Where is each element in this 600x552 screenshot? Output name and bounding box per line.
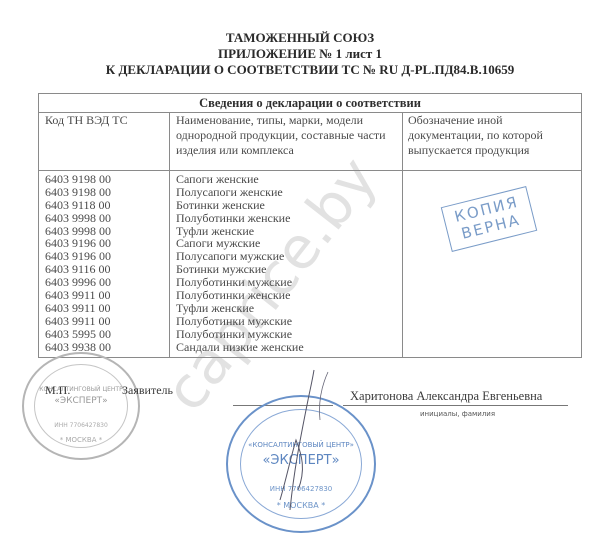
table-caption: Сведения о декларации о соответствии <box>39 94 581 113</box>
table-cell-name: Сапоги женские <box>176 173 304 186</box>
handwritten-signature-icon <box>250 360 340 520</box>
applicant-label: Заявитель <box>122 383 173 398</box>
table-cell-code: 6403 5995 00 <box>45 328 111 341</box>
table-cell-code: 6403 9911 00 <box>45 302 111 315</box>
seal-inn: ИНН 7706427830 <box>24 422 138 429</box>
document-title-2: ПРИЛОЖЕНИЕ № 1 лист 1 <box>60 46 540 62</box>
table-cell-name: Полуботинки мужские <box>176 328 304 341</box>
table-cell-name: Сандали низкие женские <box>176 341 304 354</box>
table-cell-code: 6403 9118 00 <box>45 199 111 212</box>
signatory-caption: инициалы, фамилия <box>420 410 495 418</box>
document-title-3: К ДЕКЛАРАЦИИ О СООТВЕТСТВИИ ТС № RU Д-PL… <box>70 62 550 78</box>
seal-top-text: КОНСАЛТИНГОВЫЙ ЦЕНТР <box>24 386 138 393</box>
column-header-code: Код ТН ВЭД ТС <box>45 113 128 128</box>
table-cell-name: Туфли женские <box>176 302 304 315</box>
table-cell-name: Полусапоги женские <box>176 186 304 199</box>
name-line <box>343 405 568 406</box>
header-divider <box>39 170 581 171</box>
mp-label: М.П. <box>45 383 70 398</box>
column-divider <box>402 171 403 357</box>
table-cell-name: Полуботинки мужские <box>176 315 304 328</box>
document-title-1: ТАМОЖЕННЫЙ СОЮЗ <box>60 30 540 46</box>
table-cell-code: 6403 9198 00 <box>45 173 111 186</box>
table-cell-name: Полуботинки женские <box>176 212 304 225</box>
table-cell-code: 6403 9198 00 <box>45 186 111 199</box>
column-divider <box>402 112 403 171</box>
table-cell-code: 6403 9911 00 <box>45 289 111 302</box>
column-header-name: Наименование, типы, марки, модели одноро… <box>176 113 398 158</box>
signatory-name: Харитонова Александра Евгеньевна <box>350 389 542 404</box>
name-column: Сапоги женскиеПолусапоги женскиеБотинки … <box>176 173 304 353</box>
table-cell-code: 6403 9911 00 <box>45 315 111 328</box>
table-cell-name: Полуботинки женские <box>176 289 304 302</box>
seal-city: * МОСКВА * <box>24 436 138 444</box>
seal-name: «ЭКСПЕРТ» <box>24 396 138 406</box>
column-header-documentation: Обозначение иной документации, по которо… <box>408 113 578 158</box>
seal-left: КОНСАЛТИНГОВЫЙ ЦЕНТР «ЭКСПЕРТ» ИНН 77064… <box>22 352 140 460</box>
table-cell-code: 6403 9998 00 <box>45 212 111 225</box>
column-divider <box>169 112 170 357</box>
table-cell-name: Ботинки женские <box>176 199 304 212</box>
code-column: 6403 9198 006403 9198 006403 9118 006403… <box>45 173 111 353</box>
